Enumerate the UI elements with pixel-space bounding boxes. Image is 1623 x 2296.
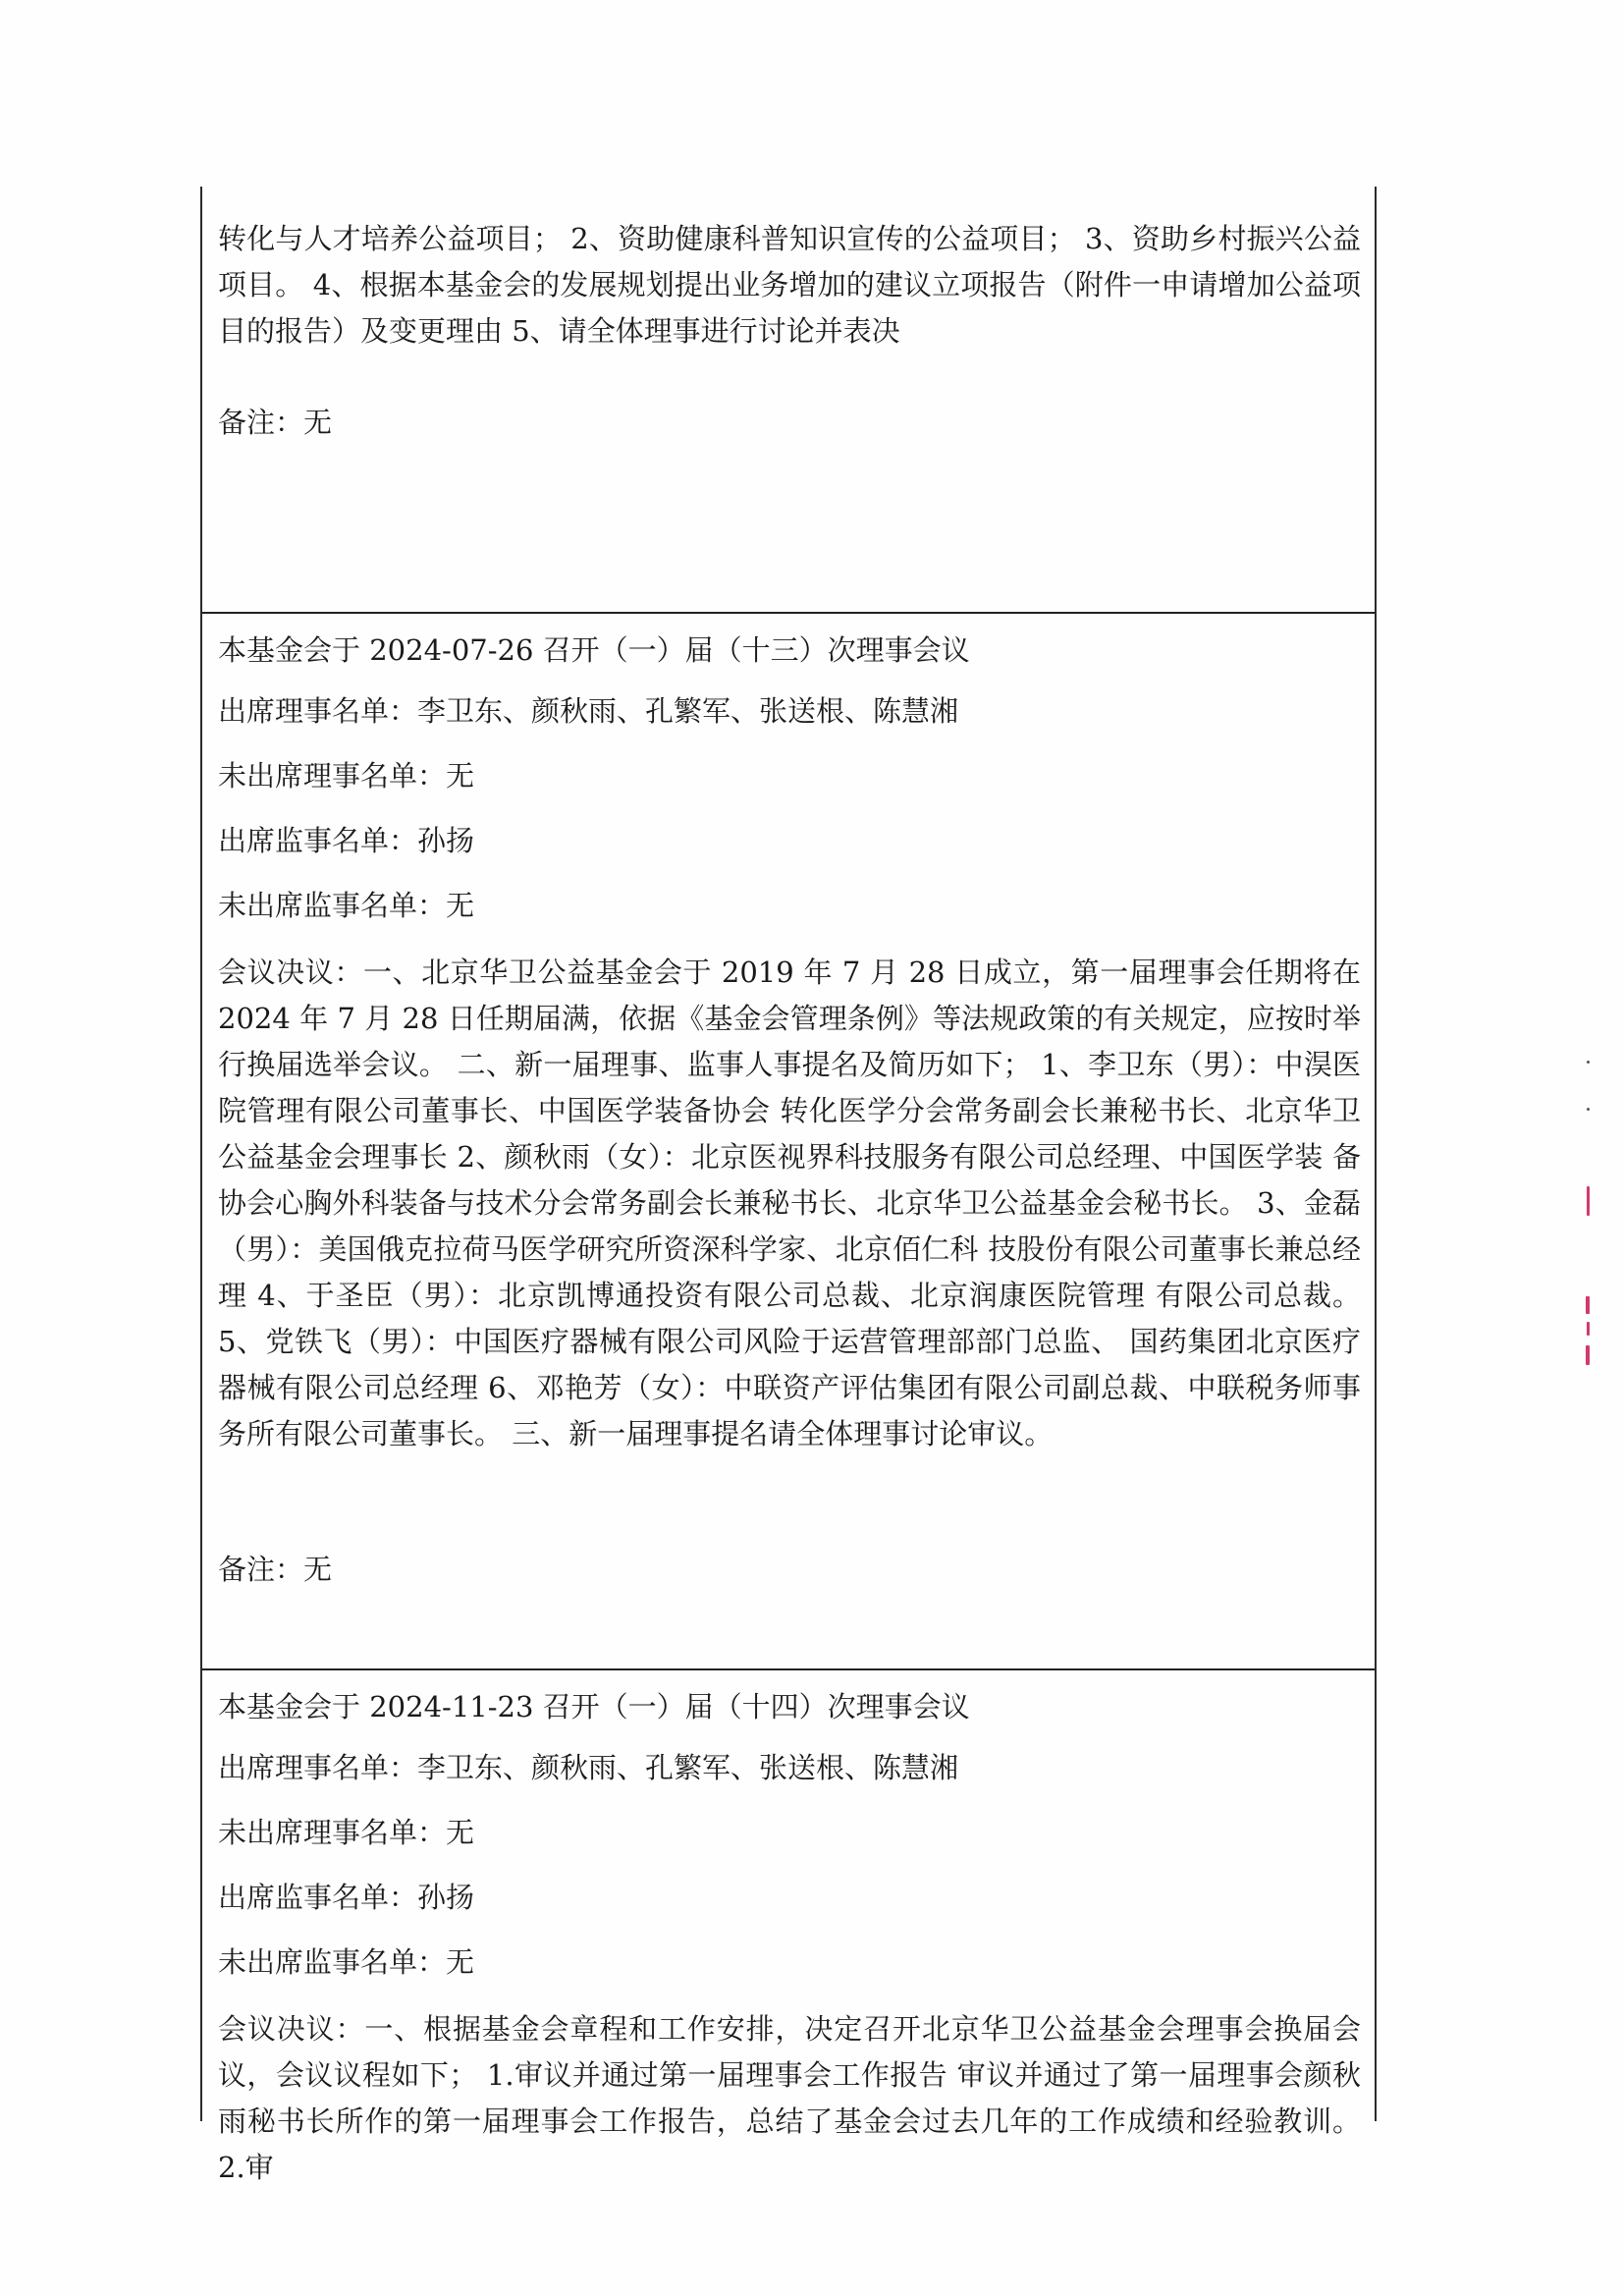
meeting-title: 本基金会于 2024-11-23 召开（一）届（十四）次理事会议 [218,1684,1361,1729]
attending-supervisors: 出席监事名单：孙扬 [218,818,1361,863]
scan-speck [1587,1061,1590,1064]
resolution-continuation: 转化与人才培养公益项目； 2、资助健康科普知识宣传的公益项目； 3、资助乡村振兴… [218,216,1361,355]
scanned-document-page: 转化与人才培养公益项目； 2、资助健康科普知识宣传的公益项目； 3、资助乡村振兴… [0,0,1623,2296]
seal-fragment [1586,1345,1590,1365]
attending-supervisors: 出席监事名单：孙扬 [218,1875,1361,1920]
attending-directors: 出席理事名单：李卫东、颜秋雨、孔繁军、张送根、陈慧湘 [218,688,1361,734]
remark: 备注：无 [218,1548,1361,1588]
seal-edge-marks [1586,1061,1592,1375]
previous-meeting-cell: 转化与人才培养公益项目； 2、资助健康科普知识宣传的公益项目； 3、资助乡村振兴… [202,216,1375,612]
remark: 备注：无 [218,401,332,441]
absent-supervisors: 未出席监事名单：无 [218,1940,1361,1985]
absent-directors: 未出席理事名单：无 [218,1810,1361,1855]
attending-directors: 出席理事名单：李卫东、颜秋雨、孔繁军、张送根、陈慧湘 [218,1745,1361,1790]
absent-directors: 未出席理事名单：无 [218,753,1361,798]
meeting-resolution: 会议决议：一、北京华卫公益基金会于 2019 年 7 月 28 日成立，第一届理… [218,950,1361,1457]
meeting-records-table: 转化与人才培养公益项目； 2、资助健康科普知识宣传的公益项目； 3、资助乡村振兴… [200,187,1377,2121]
scan-speck [1587,1108,1590,1111]
meeting-title: 本基金会于 2024-07-26 召开（一）届（十三）次理事会议 [218,628,1361,673]
meeting-record-0726: 本基金会于 2024-07-26 召开（一）届（十三）次理事会议 出席理事名单：… [202,612,1375,1668]
seal-fragment [1587,1186,1590,1216]
meeting-resolution: 会议决议：一、根据基金会章程和工作安排，决定召开北京华卫公益基金会理事会换届会议… [218,2006,1361,2191]
absent-supervisors: 未出席监事名单：无 [218,883,1361,928]
seal-fragment [1586,1296,1590,1314]
seal-fragment [1587,1322,1590,1336]
meeting-record-1123: 本基金会于 2024-11-23 召开（一）届（十四）次理事会议 出席理事名单：… [202,1668,1375,2121]
